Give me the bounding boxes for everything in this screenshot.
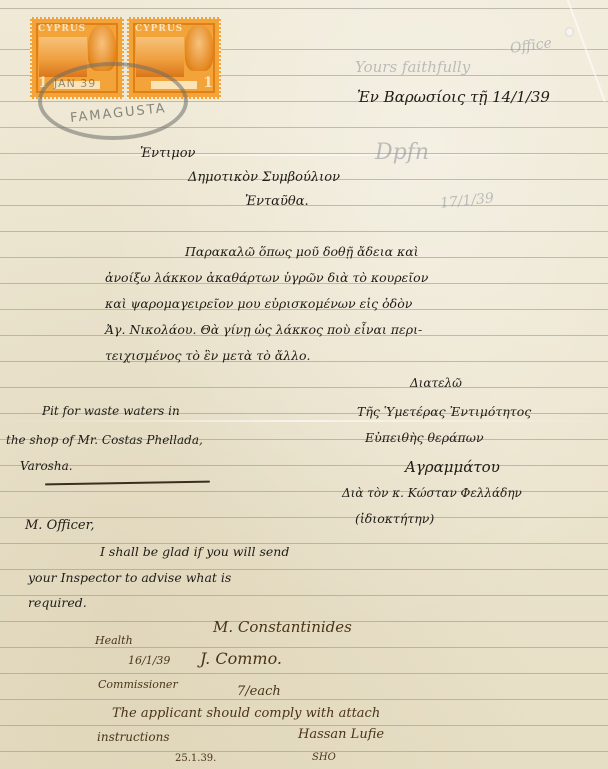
scanned-letter-page: CYPRUS 1 CYPRUS 1 JAN 39 FAMAGUSTA Offic… <box>0 0 608 769</box>
margin-note-line-2: the shop of Mr. Costas Phellada, <box>6 433 203 447</box>
postmark-date: JAN 39 <box>54 77 96 90</box>
inspector-signature: Hassan Lufie <box>298 727 384 742</box>
english-addressee: M. Officer, <box>25 518 95 533</box>
instruction-line-2: instructions <box>97 730 170 744</box>
margin-note-line-1: Pit for waste waters in <box>42 404 180 418</box>
place-date-line: Ἐν Βαρωσίοις τῇ 14/1/39 <box>357 88 550 106</box>
closing-line-4: Αγραμμάτου <box>405 458 500 476</box>
closing-line-3: Εὐπειθὴς θεράπων <box>365 430 484 445</box>
constantinides-signature: M. Constantinides <box>213 618 352 636</box>
closing-line-2: Τῆς Ὑμετέρας Ἐντιμότητος <box>357 404 531 419</box>
closing-line-1: Διατελῶ <box>410 376 462 390</box>
route-signature: J. Commo. <box>200 649 282 668</box>
stamp-country: CYPRUS <box>38 24 86 34</box>
body-line-3: καὶ ψαρομαγειρεῖον μου εὑρισκομένων εἰς … <box>105 296 412 311</box>
english-line-3: required. <box>28 595 87 610</box>
commissioner-label: Commissioner <box>98 678 178 691</box>
salutation-line-1: Ἐντιμον <box>140 146 195 161</box>
pencil-note-yours: Yours faithfully <box>355 58 470 76</box>
closing-line-6: (ἰδιοκτήτην) <box>355 511 434 526</box>
pencil-signature: Dpfn <box>375 140 429 165</box>
salutation-line-3: Ἐνταῦθα. <box>245 194 309 209</box>
paper-crease <box>0 420 608 422</box>
route-label: Health <box>95 634 133 647</box>
commissioner-ref: 7/each <box>237 684 281 699</box>
body-line-1: Παρακαλῶ ὅπως μοῦ δοθῇ ἄδεια καὶ <box>185 244 419 259</box>
body-line-4: Ἀγ. Νικολάου. Θὰ γίνῃ ὡς λάκκος ποὺ εἶνα… <box>105 322 422 337</box>
punch-hole <box>565 27 574 37</box>
body-line-2: ἀνοίξω λάκκον ἀκαθάρτων ὑγρῶν διὰ τὸ κου… <box>105 270 428 285</box>
english-line-2: your Inspector to advise what is <box>28 570 231 585</box>
final-date: 25.1.39. <box>175 753 216 764</box>
english-line-1: I shall be glad if you will send <box>100 544 289 559</box>
stamp-country: CYPRUS <box>135 24 183 34</box>
closing-line-5: Διὰ τὸν κ. Κώσταν Φελλάδην <box>342 486 522 500</box>
king-portrait-icon <box>185 25 213 71</box>
instruction-line-1: The applicant should comply with attach <box>112 706 380 721</box>
body-line-5: τειχισμένος τὸ ἓν μετὰ τὸ ἄλλο. <box>105 348 311 363</box>
margin-note-line-3: Varosha. <box>20 459 73 473</box>
salutation-line-2: Δημοτικὸν Συμβούλιον <box>188 170 340 185</box>
stamp-value: 1 <box>203 75 213 91</box>
inspector-title: SHO <box>312 752 336 763</box>
paper-crease <box>0 154 608 156</box>
route-date: 16/1/39 <box>128 654 170 667</box>
